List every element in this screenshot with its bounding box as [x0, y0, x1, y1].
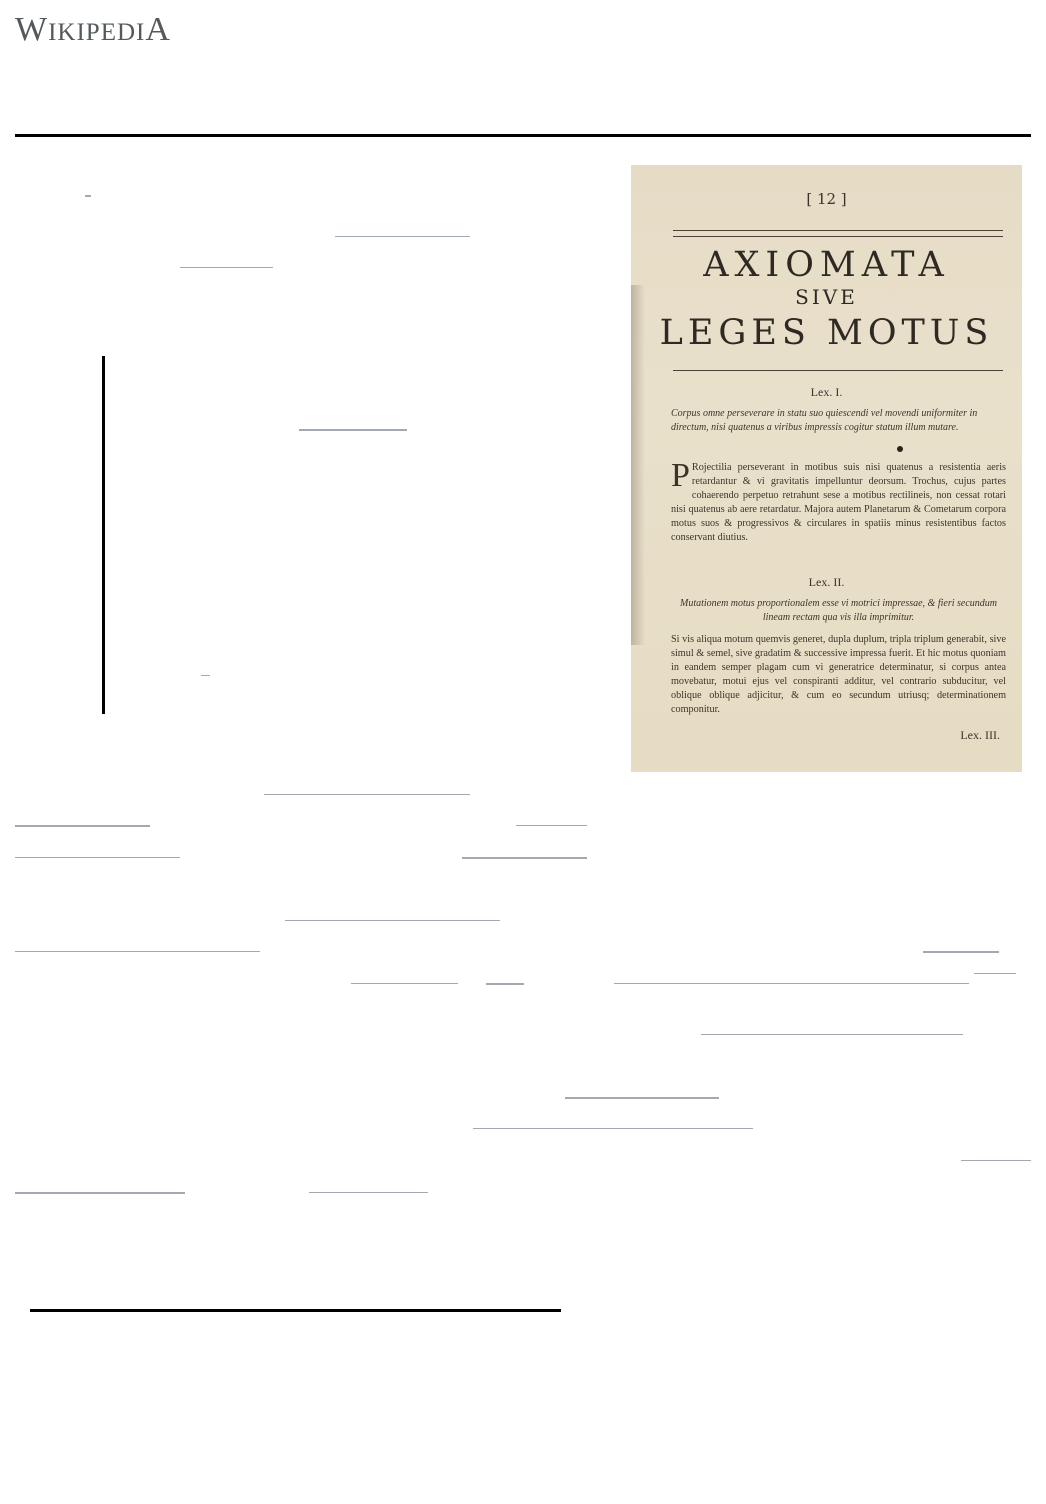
article-link[interactable]: [486, 983, 524, 985]
scan-lex1-text: Rojectilia perseverant in motibus suis n…: [671, 462, 1006, 543]
logo-letters-middle: IKIPEDI: [48, 19, 145, 46]
article-link[interactable]: [15, 1192, 185, 1194]
article-link[interactable]: [309, 1192, 428, 1193]
article-link[interactable]: [335, 236, 470, 237]
scan-lex2-statement: Mutationem motus proportionalem esse vi …: [671, 597, 1006, 625]
header-divider: [15, 134, 1031, 137]
article-link[interactable]: [299, 429, 407, 431]
reference-link[interactable]: [201, 675, 210, 676]
article-link[interactable]: [180, 267, 273, 268]
scan-lex1-statement: Corpus omne perseverare in statu suo qui…: [671, 407, 1006, 435]
article-link[interactable]: [961, 1160, 1031, 1161]
article-link[interactable]: [285, 920, 500, 921]
article-link[interactable]: [614, 983, 969, 984]
scan-lex1-body: PRojectilia perseverant in motibus suis …: [671, 461, 1006, 545]
scan-rule-top-2: [673, 236, 1003, 237]
article-link[interactable]: [15, 951, 260, 952]
scan-lex2-heading: Lex. II.: [631, 575, 1022, 590]
scan-title-leges-motus: LEGES MOTUS: [631, 313, 1022, 353]
article-link[interactable]: [701, 1034, 963, 1035]
scan-title-axiomata: AXIOMATA: [631, 245, 1022, 285]
reference-link[interactable]: [974, 973, 1016, 974]
article-link[interactable]: [15, 857, 180, 858]
scan-lex1-heading: Lex. I.: [631, 385, 1022, 400]
logo-letter-a: A: [145, 11, 171, 48]
blockquote-border: [102, 356, 105, 714]
article-link[interactable]: [264, 794, 470, 795]
article-link[interactable]: [923, 951, 999, 953]
article-link[interactable]: [565, 1097, 719, 1099]
wikipedia-logo[interactable]: WIKIPEDIA: [15, 10, 171, 53]
reference-link[interactable]: [85, 195, 91, 197]
scan-title-sive: SIVE: [631, 285, 1022, 309]
scan-rule-top-1: [673, 230, 1003, 231]
article-link[interactable]: [473, 1128, 753, 1129]
article-link[interactable]: [516, 825, 587, 826]
scan-page-number: [ 12 ]: [631, 190, 1022, 208]
section-heading-divider: [30, 1309, 561, 1312]
scan-lex3-catchword: Lex. III.: [960, 728, 1000, 743]
scan-dropcap: P: [671, 461, 690, 491]
article-link[interactable]: [15, 825, 150, 827]
logo-letter-w: W: [15, 11, 48, 48]
principia-page-image[interactable]: [ 12 ] AXIOMATA SIVE LEGES MOTUS Lex. I.…: [631, 165, 1022, 772]
article-link[interactable]: [462, 857, 587, 859]
scan-lex2-body: Si vis aliqua motum quemvis generet, dup…: [671, 633, 1006, 717]
scan-ink-blot: [897, 446, 903, 452]
scan-rule-bottom: [673, 370, 1003, 371]
article-link[interactable]: [351, 983, 458, 984]
